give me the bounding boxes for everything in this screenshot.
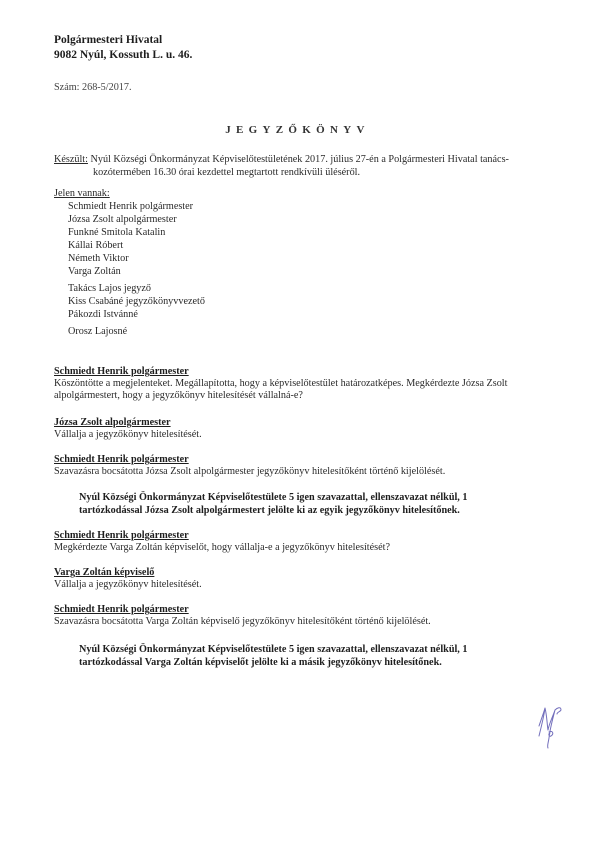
prepared-line-2: kozótermében 16.30 órai kezdettel megtar…	[93, 167, 360, 179]
attendee-member: Józsa Zsolt alpolgármester	[68, 214, 177, 226]
resolution-line: tartózkodással Józsa Zsolt alpolgármeste…	[79, 505, 559, 517]
attendee-official: Takács Lajos jegyző	[68, 283, 151, 295]
attendee-member: Schmiedt Henrik polgármester	[68, 201, 193, 213]
prepared-label: Készült:	[54, 154, 88, 165]
attendee-member: Németh Viktor	[68, 253, 129, 265]
resolution-line: Nyúl Községi Önkormányzat Képviselőtestü…	[79, 644, 559, 656]
attendee-official: Kiss Csabáné jegyzőkönyvvezető	[68, 296, 205, 308]
statement-line: Szavazásra bocsátotta Varga Zoltán képvi…	[54, 616, 569, 628]
statement-line: Vállalja a jegyzőkönyv hitelesítését.	[54, 429, 569, 441]
header-organization: Polgármesteri Hivatal	[54, 33, 162, 47]
statement-line: Szavazásra bocsátotta Józsa Zsolt alpolg…	[54, 466, 569, 478]
attendee-member: Kállai Róbert	[68, 240, 123, 252]
speaker-heading: Schmiedt Henrik polgármester	[54, 530, 189, 542]
handwritten-signature-icon	[535, 702, 565, 752]
statement-line: Megkérdezte Varga Zoltán képviselőt, hog…	[54, 542, 569, 554]
header-address: 9082 Nyúl, Kossuth L. u. 46.	[54, 48, 192, 62]
document-title: JEGYZŐKÖNYV	[0, 124, 595, 136]
statement-line: Vállalja a jegyzőkönyv hitelesítését.	[54, 579, 569, 591]
resolution-line: Nyúl Községi Önkormányzat Képviselőtestü…	[79, 492, 559, 504]
attendee-official: Pákozdi Istvánné	[68, 309, 138, 321]
statement-line: alpolgármestert, hogy a jegyzőkönyv hite…	[54, 390, 569, 402]
speaker-heading: Schmiedt Henrik polgármester	[54, 604, 189, 616]
prepared-line-1: Nyúl Községi Önkormányzat Képviselőtestü…	[88, 154, 509, 165]
present-label: Jelen vannak:	[54, 188, 110, 200]
attendee-guest: Orosz Lajosné	[68, 326, 127, 338]
attendee-member: Varga Zoltán	[68, 266, 121, 278]
speaker-heading: Józsa Zsolt alpolgármester	[54, 417, 171, 429]
speaker-heading: Schmiedt Henrik polgármester	[54, 366, 189, 378]
prepared-statement: Készült: Nyúl Községi Önkormányzat Képvi…	[54, 154, 564, 166]
speaker-heading: Schmiedt Henrik polgármester	[54, 454, 189, 466]
resolution-line: tartózkodással Varga Zoltán képviselőt j…	[79, 657, 559, 669]
speaker-heading: Varga Zoltán képviselő	[54, 567, 154, 579]
reference-number: Szám: 268-5/2017.	[54, 82, 132, 94]
statement-line: Köszöntötte a megjelenteket. Megállapíto…	[54, 378, 569, 390]
attendee-member: Funkné Smitola Katalin	[68, 227, 165, 239]
